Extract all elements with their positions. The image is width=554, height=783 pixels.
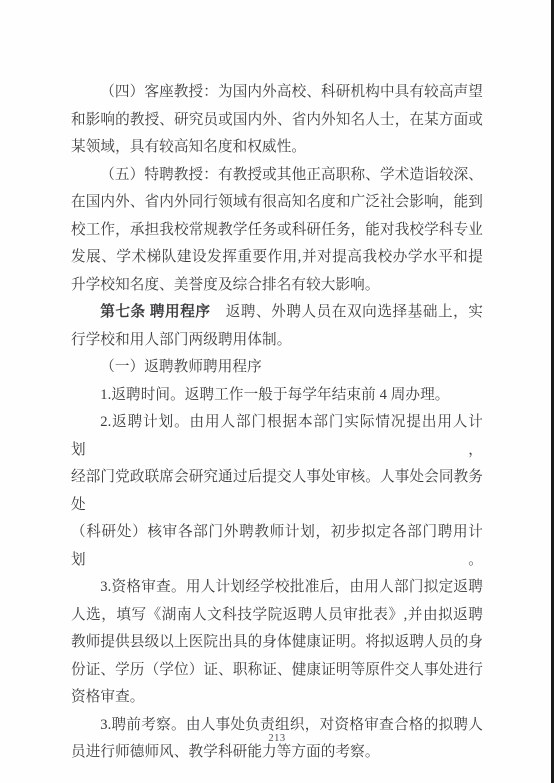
text-line: 1.返聘时间。返聘工作一般于每学年结束前 4 周办理。 (71, 382, 483, 410)
text-line: 发展、学术梯队建设发挥重要作用,并对提高我校办学水平和提 (71, 244, 483, 272)
article-number-and-title: 第七条 聘用程序 (100, 304, 210, 320)
document-page: （四）客座教授：为国内外高校、科研机构中具有较高声望 和影响的教授、研究员或国内… (0, 0, 554, 783)
text-line: 2.返聘计划。由用人部门根据本部门实际情况提出用人计划， (71, 409, 483, 464)
text-line: 资格审查。 (71, 684, 483, 712)
text-line: 行学校和用人部门两级聘用体制。 (71, 327, 483, 355)
text-line: 在国内外、省内外同行领域有很高知名度和广泛社会影响，能到 (71, 189, 483, 217)
page-number: 213 (0, 733, 554, 744)
article-7-heading-line: 第七条 聘用程序 返聘、外聘人员在双向选择基础上，实 (71, 299, 483, 327)
text-line: （科研处）核审各部门外聘教师计划，初步拟定各部门聘用计划。 (71, 519, 483, 574)
text-line: 份证、学历（学位）证、职称证、健康证明等原件交人事处进行 (71, 657, 483, 685)
text-line: 某领域，具有较高知名度和权威性。 (71, 134, 483, 162)
subsection-heading-line: （一）返聘教师聘用程序 (71, 354, 483, 382)
document-body-text: （四）客座教授：为国内外高校、科研机构中具有较高声望 和影响的教授、研究员或国内… (71, 79, 483, 767)
text-line: 教师提供县级以上医院出具的身体健康证明。将拟返聘人员的身 (71, 629, 483, 657)
text-line: 人选，填写《湖南人文科技学院返聘人员审批表》,并由拟返聘 (71, 602, 483, 630)
heading-line-rest: 返聘、外聘人员在双向选择基础上，实 (211, 304, 483, 320)
text-line: 升学校知名度、美誉度及综合排名有较大影响。 (71, 272, 483, 300)
text-line: 和影响的教授、研究员或国内外、省内外知名人士，在某方面或 (71, 107, 483, 135)
text-line: 3.资格审查。用人计划经学校批准后，由用人部门拟定返聘 (71, 574, 483, 602)
text-line: 经部门党政联席会研究通过后提交人事处审核。人事处会同教务处 (71, 464, 483, 519)
text-line: （五）特聘教授：有教授或其他正高职称、学术造诣较深、 (71, 162, 483, 190)
text-line: 校工作，承担我校常规教学任务或科研任务，能对我校学科专业 (71, 217, 483, 245)
text-line: （四）客座教授：为国内外高校、科研机构中具有较高声望 (71, 79, 483, 107)
